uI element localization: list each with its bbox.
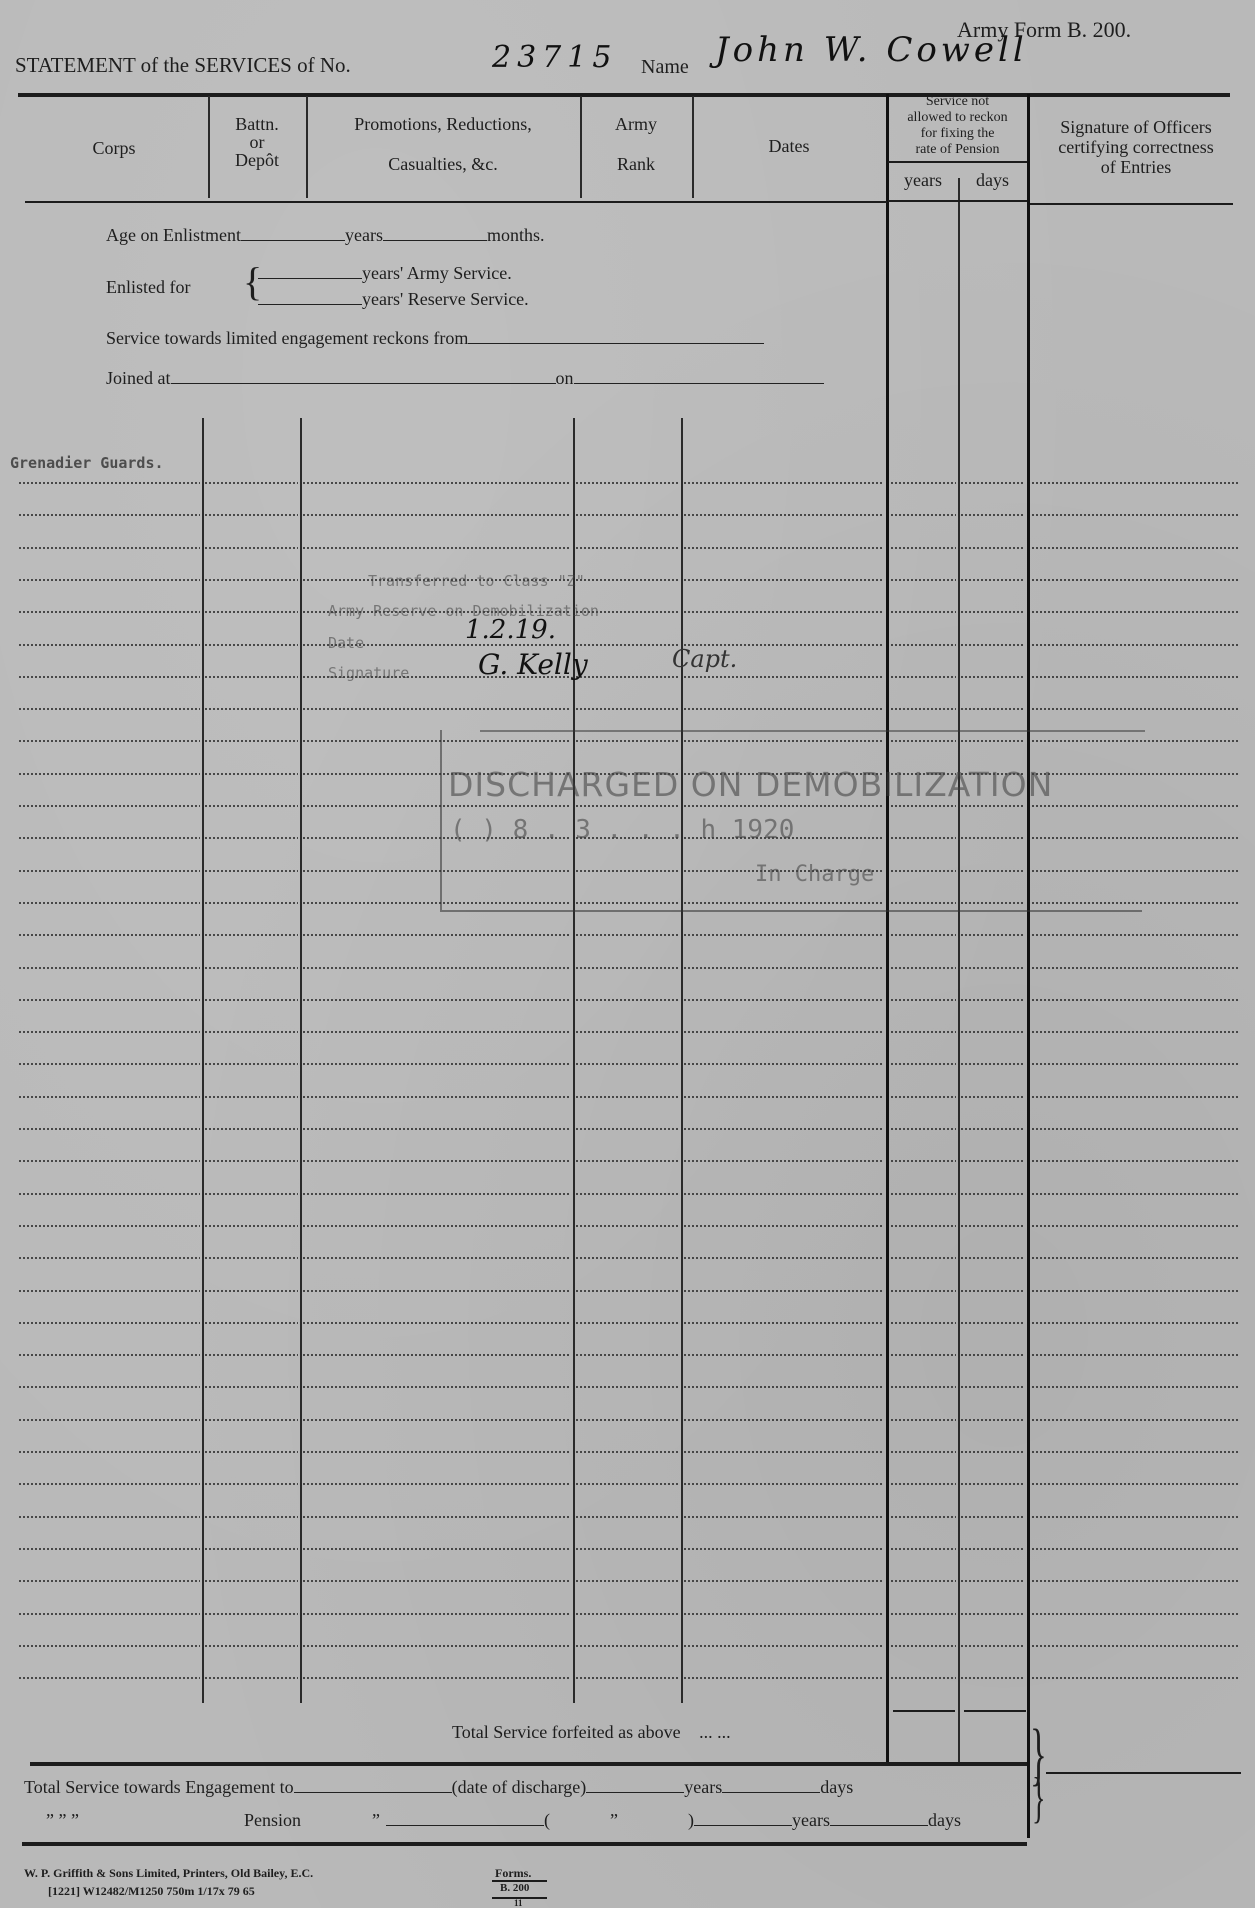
top-rule	[18, 93, 1230, 97]
transfer-date-label: Date	[328, 634, 364, 652]
ruled-row-line	[1031, 999, 1240, 1001]
ruled-row-line	[302, 1128, 571, 1130]
transfer-stamp-line2: Army Reserve on Demobilization	[328, 602, 599, 620]
ruled-row-line	[1031, 1516, 1240, 1518]
ruled-row-line	[1031, 1677, 1240, 1679]
ruled-row-line	[204, 1677, 298, 1679]
ruled-row-line	[302, 1677, 571, 1679]
ruled-row-line	[683, 708, 884, 710]
ruled-row-line	[18, 1128, 200, 1130]
printer-line2: [1221] W12482/M1250 750m 1/17x 79 65	[48, 1884, 255, 1899]
on-label: on	[556, 368, 574, 388]
ruled-row-line	[1031, 482, 1240, 484]
promotions-line2: Casualties, &c.	[306, 154, 580, 174]
joined-at-row: Joined aton	[106, 368, 824, 389]
ruled-row-line	[302, 1645, 571, 1647]
discharge-stamp-top	[480, 730, 1145, 732]
age-on-enlistment: Age on Enlistmentyearsmonths.	[106, 225, 544, 246]
ruled-row-line	[302, 1580, 571, 1582]
reserve-service-label: years' Reserve Service.	[362, 289, 529, 309]
battn-line3: Depôt	[208, 150, 306, 170]
pension-date-field[interactable]	[386, 1811, 544, 1826]
ruled-row-line	[683, 579, 884, 581]
header-bottom-rule	[25, 201, 887, 203]
ruled-row-line	[960, 644, 1025, 646]
ruled-row-line	[1031, 1031, 1240, 1033]
ruled-row-line	[18, 1645, 200, 1647]
ruled-row-line	[204, 1483, 298, 1485]
ruled-row-line	[960, 934, 1025, 936]
ruled-row-line	[18, 805, 200, 807]
forfeited-days-rule	[964, 1710, 1026, 1712]
ruled-row-line	[18, 579, 200, 581]
ruled-row-line	[575, 1063, 679, 1065]
ruled-row-line	[960, 708, 1025, 710]
army-service-years-field[interactable]	[258, 264, 362, 279]
ruled-row-line	[890, 547, 956, 549]
ruled-row-line	[18, 1483, 200, 1485]
pension-label: Pension	[244, 1810, 301, 1831]
ruled-row-line	[302, 482, 571, 484]
col-header-days: days	[958, 170, 1027, 190]
ruled-row-line	[890, 1257, 956, 1259]
ruled-row-line	[890, 1290, 956, 1292]
ruled-row-line	[890, 676, 956, 678]
col-header-service-not-allowed: Service not allowed to reckon for fixing…	[888, 94, 1027, 158]
paren-open: (	[544, 1810, 550, 1830]
ruled-row-line	[575, 1419, 679, 1421]
ruled-row-line	[18, 1451, 200, 1453]
ruled-row-line	[960, 611, 1025, 613]
ruled-row-line	[18, 1354, 200, 1356]
ruled-row-line	[890, 1677, 956, 1679]
ruled-row-line	[1031, 1063, 1240, 1065]
ruled-row-line	[890, 967, 956, 969]
ruled-row-line	[18, 934, 200, 936]
ruled-row-line	[960, 1128, 1025, 1130]
ruled-row-line	[683, 1354, 884, 1356]
pension-col-left-rule	[886, 94, 889, 1762]
ruled-row-line	[960, 1257, 1025, 1259]
ruled-row-line	[575, 1096, 679, 1098]
ruled-row-line	[683, 676, 884, 678]
sna-line3: for fixing the	[888, 126, 1027, 142]
ruled-row-line	[683, 1031, 884, 1033]
ruled-row-line	[890, 1128, 956, 1130]
ruled-row-line	[575, 1225, 679, 1227]
ruled-row-line	[575, 999, 679, 1001]
transfer-signature-value: G. Kelly	[478, 648, 588, 681]
ruled-row-line	[960, 1645, 1025, 1647]
ruled-row-line	[18, 837, 200, 839]
ruled-row-line	[1031, 1322, 1240, 1324]
ruled-row-line	[1031, 1096, 1240, 1098]
service-number: 23715	[492, 40, 617, 75]
forms-sub: 11	[514, 1898, 523, 1908]
ruled-row-line	[960, 482, 1025, 484]
ruled-row-line	[302, 934, 571, 936]
ruled-row-line	[204, 676, 298, 678]
ruled-row-line	[18, 644, 200, 646]
ruled-row-line	[1031, 1548, 1240, 1550]
pension-days-field[interactable]	[830, 1811, 928, 1826]
pension-ditto-marks: ” ” ”	[46, 1810, 79, 1831]
ruled-row-line	[302, 1193, 571, 1195]
ruled-row-line	[575, 1613, 679, 1615]
ruled-row-line	[1031, 1354, 1240, 1356]
ruled-row-line	[683, 1483, 884, 1485]
ruled-row-line	[960, 1354, 1025, 1356]
ruled-row-line	[302, 1386, 571, 1388]
totals-rule	[30, 1762, 1030, 1766]
ruled-row-line	[204, 1063, 298, 1065]
col-header-promotions: Promotions, Reductions, Casualties, &c.	[306, 114, 580, 174]
ruled-row-line	[302, 1257, 571, 1259]
ruled-row-line	[960, 1031, 1025, 1033]
ruled-row-line	[575, 1580, 679, 1582]
ruled-row-line	[575, 1290, 679, 1292]
ruled-row-line	[575, 514, 679, 516]
ruled-row-line	[683, 1548, 884, 1550]
ruled-row-line	[683, 1322, 884, 1324]
statement-label: STATEMENT of the SERVICES of No.	[15, 53, 351, 78]
ruled-row-line	[683, 1290, 884, 1292]
signature-line1: Signature of Officers	[1030, 117, 1242, 137]
engagement-years-field[interactable]	[586, 1778, 684, 1793]
ruled-row-line	[575, 1548, 679, 1550]
ruled-row-line	[960, 1613, 1025, 1615]
ruled-row-line	[204, 1160, 298, 1162]
ruled-row-line	[18, 967, 200, 969]
ruled-row-line	[1031, 514, 1240, 516]
ruled-row-line	[683, 999, 884, 1001]
discharge-stamp-line2: ( ) 8 . 3 . . . h 1920	[450, 815, 794, 845]
ruled-row-line	[960, 547, 1025, 549]
ruled-row-line	[960, 1548, 1025, 1550]
ruled-row-line	[18, 676, 200, 678]
ruled-row-line	[960, 1677, 1025, 1679]
ruled-row-line	[890, 1225, 956, 1227]
header-bottom-rule-pension	[888, 200, 1027, 202]
ruled-row-line	[302, 1290, 571, 1292]
ruled-row-line	[302, 1031, 571, 1033]
ruled-row-line	[960, 1063, 1025, 1065]
ruled-row-line	[1031, 1193, 1240, 1195]
ruled-row-line	[204, 805, 298, 807]
transfer-stamp-line1: Transferred to Class "Z"	[368, 572, 585, 590]
ruled-row-line	[890, 1096, 956, 1098]
ruled-row-line	[204, 1419, 298, 1421]
ruled-row-line	[302, 1160, 571, 1162]
ruled-row-line	[890, 1160, 956, 1162]
ruled-row-line	[890, 1645, 956, 1647]
ruled-row-line	[960, 1483, 1025, 1485]
ruled-row-line	[204, 1031, 298, 1033]
ruled-row-line	[1031, 1128, 1240, 1130]
ruled-row-line	[1031, 547, 1240, 549]
ruled-row-line	[18, 870, 200, 872]
ruled-row-line	[683, 1580, 884, 1582]
forfeited-row: Total Service forfeited as above ... ...	[452, 1722, 731, 1743]
ruled-row-line	[302, 1354, 571, 1356]
engagement-days-field[interactable]	[722, 1778, 820, 1793]
years-days-divider	[958, 178, 960, 1762]
ruled-row-line	[575, 676, 679, 678]
forms-label: Forms.	[495, 1866, 531, 1881]
ruled-row-line	[302, 1322, 571, 1324]
signature-line3: of Entries	[1030, 157, 1242, 177]
col-header-dates: Dates	[692, 136, 886, 156]
ruled-row-line	[890, 1580, 956, 1582]
ruled-row-line	[204, 611, 298, 613]
ruled-row-line	[575, 644, 679, 646]
reserve-service-years-field[interactable]	[258, 290, 362, 305]
ruled-row-line	[890, 1322, 956, 1324]
ruled-row-line	[204, 1322, 298, 1324]
ruled-row-line	[204, 1386, 298, 1388]
ruled-row-line	[1031, 1483, 1240, 1485]
ruled-row-line	[575, 1354, 679, 1356]
ruled-row-line	[575, 1645, 679, 1647]
engagement-label: Total Service towards Engagement to	[24, 1777, 294, 1797]
ruled-row-line	[204, 1290, 298, 1292]
ruled-row-line	[890, 708, 956, 710]
ruled-row-line	[960, 676, 1025, 678]
ruled-row-line	[204, 547, 298, 549]
army-service-row: years' Army Service.	[258, 263, 512, 284]
corps-stamp: Grenadier Guards.	[10, 454, 164, 472]
paren-ditto: ”	[610, 1810, 618, 1830]
ruled-row-line	[1031, 1580, 1240, 1582]
ruled-row-line	[575, 1160, 679, 1162]
ruled-row-line	[890, 579, 956, 581]
ruled-row-line	[204, 934, 298, 936]
ruled-row-line	[575, 1483, 679, 1485]
joined-on-field[interactable]	[574, 369, 824, 384]
ruled-row-line	[18, 1580, 200, 1582]
forfeited-dots: ... ...	[699, 1722, 731, 1742]
ruled-row-line	[18, 1257, 200, 1259]
ruled-row-line	[18, 1096, 200, 1098]
age-months-field[interactable]	[383, 226, 487, 241]
ruled-row-line	[302, 967, 571, 969]
ruled-row-line	[960, 1322, 1025, 1324]
ruled-row-line	[204, 482, 298, 484]
ruled-row-line	[204, 1645, 298, 1647]
ruled-row-line	[18, 1386, 200, 1388]
ruled-row-line	[683, 1193, 884, 1195]
ruled-row-line	[18, 1548, 200, 1550]
ruled-row-line	[960, 514, 1025, 516]
enlisted-for-label: Enlisted for	[106, 277, 190, 298]
engagement-row: Total Service towards Engagement to(date…	[24, 1777, 853, 1798]
header-bottom-rule-signature	[1030, 203, 1233, 205]
name-label: Name	[641, 56, 689, 79]
pension-years-field[interactable]	[694, 1811, 792, 1826]
age-years-label: years	[345, 225, 383, 245]
joined-at-label: Joined at	[106, 368, 171, 388]
age-years-field[interactable]	[241, 226, 345, 241]
ruled-row-line	[1031, 1419, 1240, 1421]
ruled-row-line	[683, 1516, 884, 1518]
ruled-row-line	[1031, 1451, 1240, 1453]
ruled-row-line	[960, 1580, 1025, 1582]
ruled-row-line	[18, 708, 200, 710]
date-of-discharge-label: (date of discharge)	[452, 1777, 587, 1797]
ruled-row-line	[302, 1613, 571, 1615]
ruled-row-line	[683, 1128, 884, 1130]
ruled-row-line	[18, 1516, 200, 1518]
ruled-row-line	[960, 1451, 1025, 1453]
engagement-days-label: days	[820, 1777, 853, 1797]
ruled-row-line	[683, 1063, 884, 1065]
ruled-row-line	[890, 1548, 956, 1550]
pension-subheader-rule	[888, 161, 1027, 163]
forfeited-label: Total Service forfeited as above	[452, 1722, 681, 1742]
ruled-row-line	[18, 773, 200, 775]
ruled-row-line	[204, 1193, 298, 1195]
ruled-row-line	[960, 1096, 1025, 1098]
ruled-row-line	[890, 1516, 956, 1518]
ruled-row-line	[683, 1451, 884, 1453]
army-service-label: years' Army Service.	[362, 263, 512, 283]
printer-line1: W. P. Griffith & Sons Limited, Printers,…	[24, 1866, 313, 1881]
ruled-row-line	[1031, 611, 1240, 613]
ruled-row-line	[204, 1128, 298, 1130]
ruled-row-line	[1031, 1225, 1240, 1227]
joined-at-field[interactable]	[171, 369, 556, 384]
ruled-row-line	[302, 1063, 571, 1065]
ruled-row-line	[960, 1225, 1025, 1227]
ruled-row-line	[575, 1257, 679, 1259]
ruled-row-line	[575, 1451, 679, 1453]
pension-col-right-rule	[1027, 94, 1030, 1762]
age-label: Age on Enlistment	[106, 225, 241, 245]
ruled-row-line	[204, 708, 298, 710]
ruled-row-line	[204, 1354, 298, 1356]
ruled-row-line	[204, 999, 298, 1001]
ruled-row-line	[1031, 1290, 1240, 1292]
ruled-row-line	[575, 1031, 679, 1033]
limited-engagement-row: Service towards limited engagement recko…	[106, 328, 764, 349]
pension-ditto: ”	[372, 1810, 380, 1830]
ruled-row-line	[575, 708, 679, 710]
ruled-row-line	[683, 1096, 884, 1098]
ruled-row-line	[1031, 967, 1240, 969]
forfeited-years-rule	[893, 1710, 955, 1712]
ruled-row-line	[302, 999, 571, 1001]
ruled-row-line	[204, 1257, 298, 1259]
ruled-row-line	[575, 934, 679, 936]
ruled-row-line	[683, 1613, 884, 1615]
discharge-stamp-line1: DISCHARGED ON DEMOBILIZATION	[448, 765, 1053, 804]
bottom-rule	[22, 1842, 1027, 1846]
ruled-row-line	[18, 514, 200, 516]
ruled-row-line	[683, 934, 884, 936]
ruled-row-line	[960, 1419, 1025, 1421]
ruled-row-line	[683, 482, 884, 484]
ruled-row-line	[575, 1677, 679, 1679]
ruled-row-line	[204, 870, 298, 872]
ruled-row-line	[575, 1322, 679, 1324]
form-id: Army Form B. 200.	[957, 17, 1131, 43]
ruled-row-line	[18, 1613, 200, 1615]
ruled-row-line	[890, 999, 956, 1001]
ruled-row-line	[890, 1483, 956, 1485]
ruled-row-line	[890, 1613, 956, 1615]
totals-right-line	[1046, 1772, 1241, 1774]
army-rank-line2: Rank	[580, 154, 692, 174]
ruled-row-line	[683, 967, 884, 969]
pension-days-label: days	[928, 1810, 961, 1830]
ruled-row-line	[683, 1160, 884, 1162]
ruled-row-line	[683, 1645, 884, 1647]
ruled-row-line	[1031, 1257, 1240, 1259]
ruled-row-line	[1031, 934, 1240, 936]
ruled-row-line	[18, 1031, 200, 1033]
ruled-row-line	[204, 1096, 298, 1098]
ruled-row-line	[302, 1548, 571, 1550]
ruled-row-line	[575, 1386, 679, 1388]
ruled-row-line	[890, 1063, 956, 1065]
ruled-row-line	[302, 1419, 571, 1421]
ruled-row-line	[18, 902, 200, 904]
ruled-row-line	[1031, 1613, 1240, 1615]
ruled-row-line	[890, 644, 956, 646]
ruled-row-line	[1031, 579, 1240, 581]
ruled-row-line	[890, 934, 956, 936]
ruled-row-line	[890, 1386, 956, 1388]
ruled-row-line	[960, 1290, 1025, 1292]
ruled-row-line	[18, 1193, 200, 1195]
ruled-row-line	[204, 902, 298, 904]
ruled-row-line	[204, 837, 298, 839]
limited-engagement-label: Service towards limited engagement recko…	[106, 328, 468, 348]
ruled-row-line	[18, 1160, 200, 1162]
ruled-row-line	[1031, 676, 1240, 678]
ruled-row-line	[18, 1322, 200, 1324]
ruled-row-line	[890, 1031, 956, 1033]
ruled-row-line	[18, 1290, 200, 1292]
ruled-row-line	[960, 1516, 1025, 1518]
ruled-row-line	[204, 644, 298, 646]
limited-engagement-field[interactable]	[468, 329, 764, 344]
age-months-label: months.	[487, 225, 545, 245]
col-header-corps: Corps	[20, 138, 208, 158]
engagement-date-field[interactable]	[294, 1778, 452, 1793]
col-header-years: years	[888, 170, 958, 190]
ruled-row-line	[1031, 708, 1240, 710]
ruled-row-line	[18, 999, 200, 1001]
ruled-row-line	[204, 1451, 298, 1453]
ruled-row-line	[683, 514, 884, 516]
ruled-row-line	[960, 1193, 1025, 1195]
transfer-date-value: 1.2.19.	[465, 615, 556, 645]
totals-brace: }	[1032, 1770, 1045, 1826]
ruled-row-line	[302, 547, 571, 549]
ruled-row-line	[960, 967, 1025, 969]
sna-line2: allowed to reckon	[888, 110, 1027, 126]
army-rank-line1: Army	[580, 114, 692, 134]
forms-number: B. 200	[500, 1882, 529, 1894]
ruled-row-line	[1031, 1160, 1240, 1162]
ruled-row-line	[302, 1225, 571, 1227]
ruled-row-line	[960, 1386, 1025, 1388]
ruled-row-line	[683, 1386, 884, 1388]
ruled-row-line	[18, 1677, 200, 1679]
ruled-row-line	[204, 773, 298, 775]
ruled-row-line	[960, 579, 1025, 581]
